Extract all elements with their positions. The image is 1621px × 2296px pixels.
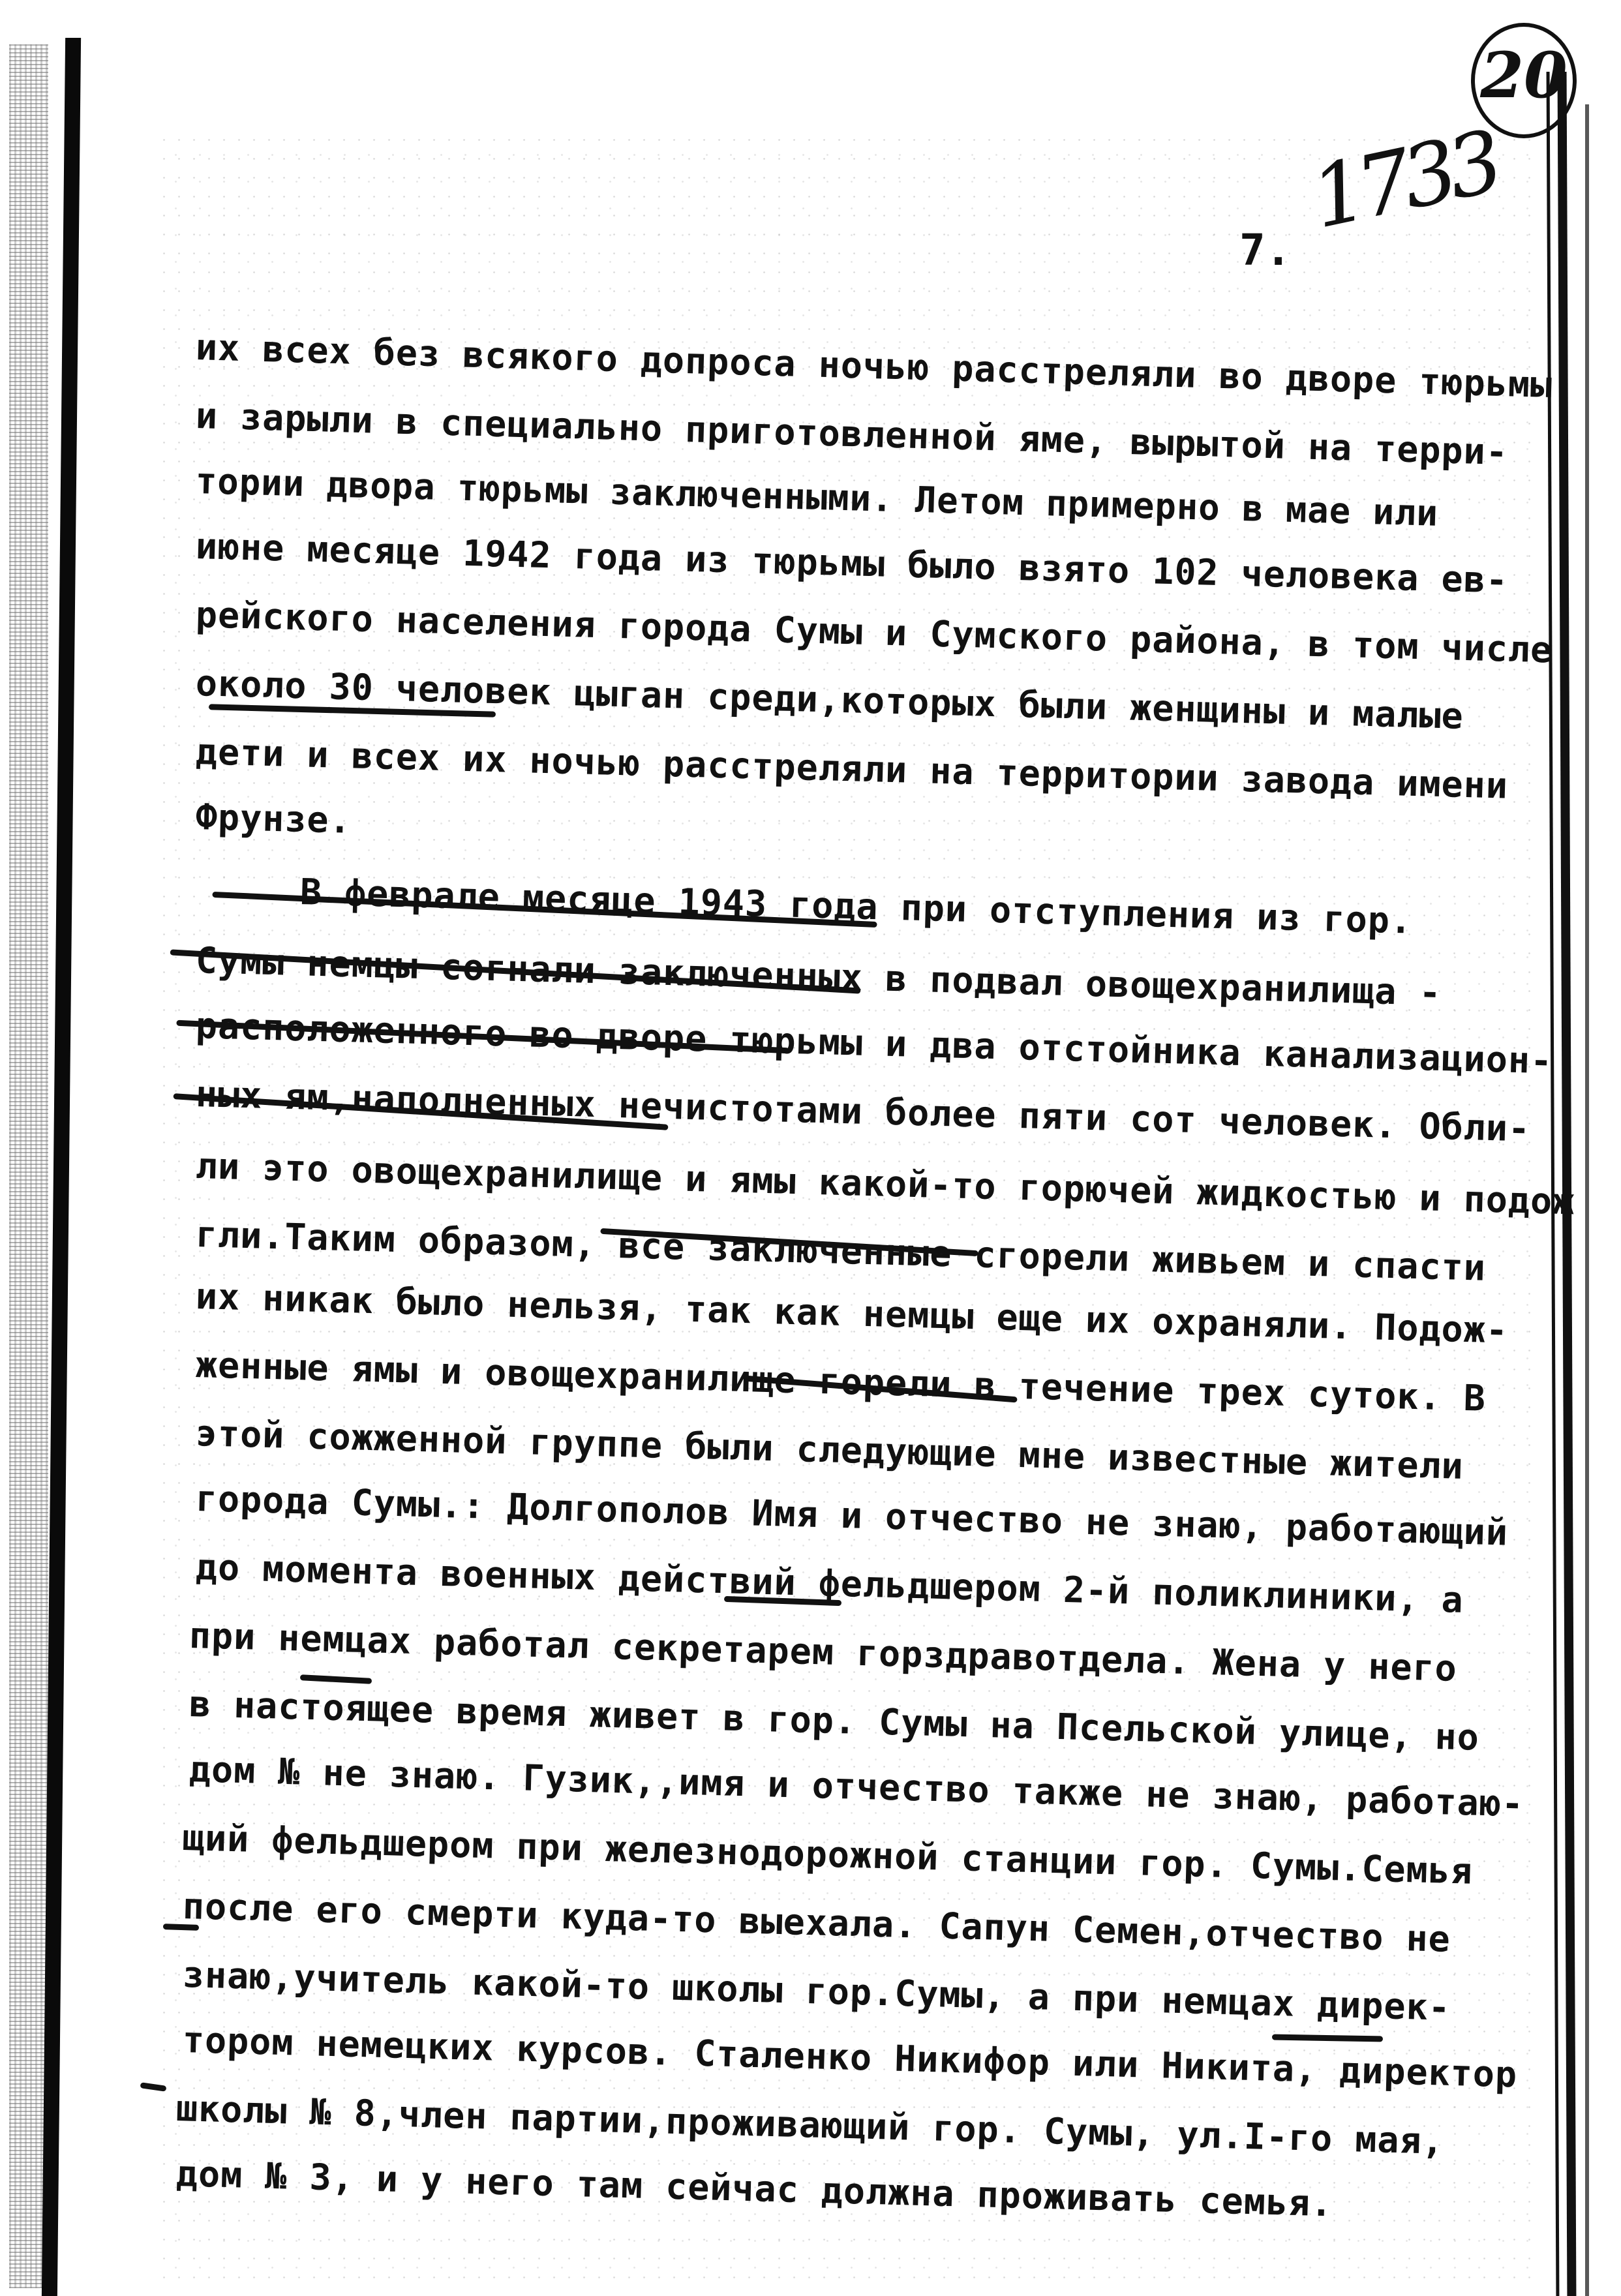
document-page: 20 1733 7. их всех без всякого допроса н… (0, 0, 1621, 2296)
text-line: тором немецких курсов. Сталенко Никифор … (182, 2019, 1518, 2096)
underline-mark (140, 2082, 167, 2091)
text-line: их никак было нельзя, так как немцы еще … (195, 1275, 1509, 1352)
page-edge-line (1585, 104, 1589, 2296)
text-line: после его смерти куда-то выехала. Сапун … (182, 1885, 1451, 1960)
text-line: школы № 8,член партии,проживающий гор. С… (175, 2087, 1444, 2162)
text-line: дом № не знаю. Гузик,,имя и отчество так… (189, 1748, 1524, 1825)
text-line: дети и всех их ночью расстреляли на терр… (195, 731, 1509, 807)
text-line: в настоящее время живет в гор. Сумы на П… (189, 1683, 1480, 1759)
text-line: тории двора тюрьмы заключенными. Летом п… (195, 460, 1439, 534)
text-line: расположенного во дворе тюрьмы и два отс… (195, 1004, 1553, 1081)
text-line: женные ямы и овощехранилище горели в теч… (195, 1344, 1487, 1419)
text-line: июне месяце 1942 года из тюрьмы было взя… (195, 525, 1509, 601)
text-line: Сумы немцы согнали заключенных в подвал … (195, 939, 1442, 1014)
text-line: города Сумы.: Долгополов Имя и отчество … (195, 1477, 1509, 1554)
underline-mark (1272, 2034, 1383, 2042)
text-line: около 30 человек цыган среди,которых был… (195, 662, 1464, 737)
text-line: дом № 3, и у него там сейчас должна прож… (175, 2152, 1333, 2224)
page-number: 7. (1239, 225, 1291, 275)
underline-mark (300, 1674, 372, 1684)
text-line: Фрунзе. (195, 796, 352, 841)
text-line: их всех без всякого допроса ночью расстр… (195, 326, 1553, 406)
text-line: щий фельдшером при железнодорожной станц… (182, 1817, 1474, 1892)
text-line: гли.Таким образом, все заключенные сгоре… (195, 1213, 1487, 1289)
text-line: при немцах работал секретарем горздравот… (189, 1614, 1457, 1689)
binding-noise (9, 44, 48, 2288)
text-line: этой сожженной группе были следующие мне… (195, 1412, 1464, 1487)
text-line: ли это овощехранилище и ямы какой-то гор… (195, 1145, 1575, 1222)
archive-number-handwritten: 1733 (1303, 112, 1504, 247)
text-line: и зарыли в специально приготовленной яме… (195, 395, 1509, 473)
folio-number-circled: 20 (1471, 23, 1577, 138)
text-line: рейского населения города Сумы и Сумског… (195, 594, 1553, 671)
text-line: до момента военных действий фельдшером 2… (195, 1546, 1464, 1621)
underline-mark (163, 1924, 199, 1931)
text-line: знаю,учитель какой-то школы гор.Сумы, а … (182, 1954, 1451, 2029)
